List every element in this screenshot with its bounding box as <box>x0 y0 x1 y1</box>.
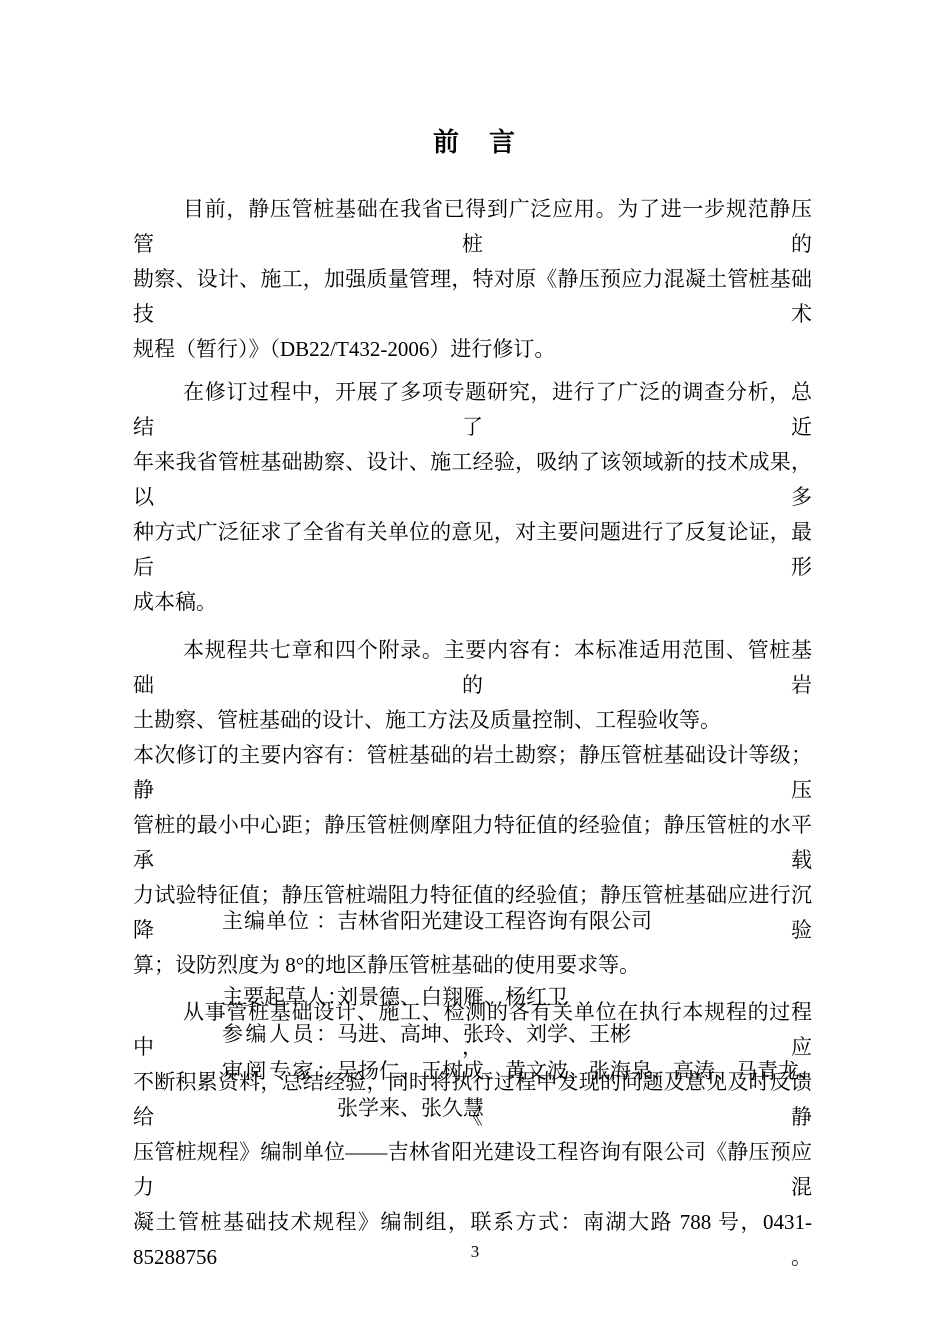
paragraph-line: 凝土管桩基础技术规程》编制组，联系方式：南湖大路 788 号，0431-8528… <box>133 1205 812 1275</box>
drafters-value: 刘景德、白翔雁、杨红卫 <box>337 985 568 1009</box>
paragraph-line: 本规程共七章和四个附录。主要内容有：本标准适用范围、管桩基础的岩 <box>133 633 812 703</box>
chief-editor-row: 主编单位 ：吉林省阳光建设工程咨询有限公司 <box>222 903 862 940</box>
page-number: 3 <box>0 1242 950 1262</box>
paragraph-line: 在修订过程中，开展了多项专题研究，进行了广泛的调查分析，总结了近 <box>133 375 812 445</box>
drafters-row: 主要起草人：刘景德、白翔雁、杨红卫 <box>222 979 862 1016</box>
chief-editor-label: 主编单位 ： <box>222 903 337 940</box>
paragraph-line: 种方式广泛征求了全省有关单位的意见，对主要问题进行了反复论证，最后形 <box>133 515 812 585</box>
reviewers-value-line1: 吴扬仁、王树成、黄文波、张海泉、高涛、马青龙、 <box>337 1059 820 1083</box>
page-title: 前 言 <box>0 122 950 159</box>
credits-section: 主编单位 ：吉林省阳光建设工程咨询有限公司 主要起草人：刘景德、白翔雁、杨红卫 … <box>222 903 862 1127</box>
reviewers-continuation-row: 张学来、张久慧 <box>222 1090 862 1127</box>
reviewers-value-line2: 张学来、张久慧 <box>337 1096 484 1120</box>
paragraph-line: 规程（暂行）》（DB22/T432-2006）进行修订。 <box>133 332 812 367</box>
paragraph-line: 勘察、设计、施工，加强质量管理，特对原《静压预应力混凝土管桩基础技术 <box>133 262 812 332</box>
participants-row: 参编人员：马进、高坤、张玲、刘学、王彬 <box>222 1016 862 1053</box>
preface-paragraph-2: 在修订过程中，开展了多项专题研究，进行了广泛的调查分析，总结了近 年来我省管桩基… <box>133 375 812 620</box>
participants-value: 马进、高坤、张玲、刘学、王彬 <box>337 1022 631 1046</box>
paragraph-line: 成本稿。 <box>133 585 812 620</box>
participants-label: 参编人员： <box>222 1016 337 1053</box>
paragraph-line: 压管桩规程》编制单位——吉林省阳光建设工程咨询有限公司《静压预应力混 <box>133 1135 812 1205</box>
reviewers-label: 审阅专家： <box>222 1053 337 1090</box>
reviewers-row: 审阅专家：吴扬仁、王树成、黄文波、张海泉、高涛、马青龙、 <box>222 1053 862 1090</box>
paragraph-line: 年来我省管桩基础勘察、设计、施工经验，吸纳了该领域新的技术成果，以多 <box>133 445 812 515</box>
paragraph-line: 管桩的最小中心距；静压管桩侧摩阻力特征值的经验值；静压管桩的水平承载 <box>133 808 812 878</box>
preface-paragraph-3: 本规程共七章和四个附录。主要内容有：本标准适用范围、管桩基础的岩 土勘察、管桩基… <box>133 633 812 738</box>
chief-editor-value: 吉林省阳光建设工程咨询有限公司 <box>337 909 652 933</box>
paragraph-line: 目前，静压管桩基础在我省已得到广泛应用。为了进一步规范静压管桩的 <box>133 192 812 262</box>
drafters-label: 主要起草人： <box>222 979 337 1016</box>
preface-paragraph-1: 目前，静压管桩基础在我省已得到广泛应用。为了进一步规范静压管桩的 勘察、设计、施… <box>133 192 812 367</box>
paragraph-line: 本次修订的主要内容有：管桩基础的岩土勘察；静压管桩基础设计等级；静压 <box>133 738 812 808</box>
paragraph-line: 土勘察、管桩基础的设计、施工方法及质量控制、工程验收等。 <box>133 703 812 738</box>
document-page: 前 言 目前，静压管桩基础在我省已得到广泛应用。为了进一步规范静压管桩的 勘察、… <box>0 0 950 1344</box>
